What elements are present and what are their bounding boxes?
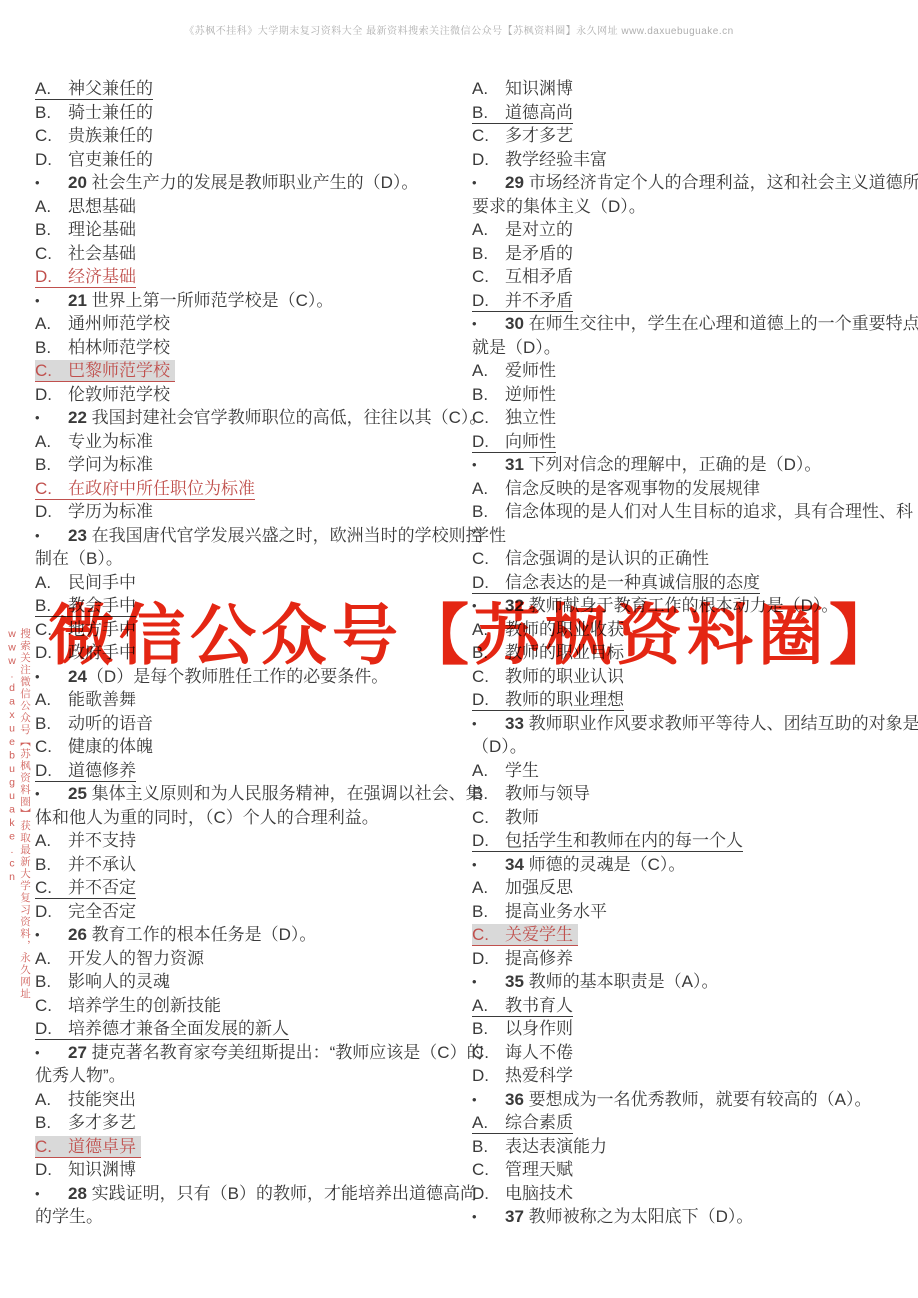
answer-text: C.互相矛盾: [472, 266, 573, 287]
option-line: B.骑士兼任的: [35, 101, 459, 125]
option-letter: B.: [472, 501, 505, 522]
option-text: 社会基础: [68, 244, 136, 263]
option-letter: B.: [35, 337, 68, 358]
continuation-text: 的学生。: [35, 1207, 103, 1226]
option-letter: D.: [472, 149, 505, 170]
marked-answer-text: D.并不矛盾: [472, 290, 573, 312]
option-letter: D.: [35, 266, 68, 287]
option-letter: C.: [472, 807, 505, 828]
option-letter: C.: [35, 125, 68, 146]
option-line: D.向师性: [472, 430, 906, 454]
option-letter: D.: [35, 1018, 68, 1039]
option-line: C.培养学生的创新技能: [35, 994, 459, 1018]
option-line: C.巴黎师范学校: [35, 359, 459, 383]
answer-text: C.独立性: [472, 407, 556, 428]
answer-text: •26 教育工作的根本任务是（D）。: [35, 924, 316, 945]
option-text: 是矛盾的: [505, 244, 573, 263]
bullet-icon: •: [472, 1206, 505, 1227]
option-letter: D.: [35, 642, 68, 663]
option-letter: B.: [472, 384, 505, 405]
option-line: B.柏林师范学校: [35, 336, 459, 360]
option-line: C.诲人不倦: [472, 1041, 906, 1065]
option-line: B.学问为标准: [35, 453, 459, 477]
option-text: 诲人不倦: [505, 1043, 573, 1062]
bullet-icon: •: [472, 595, 505, 616]
continuation-text: 体和他人为重的同时，（C）个人的合理利益。: [35, 808, 379, 827]
question-number: 23: [68, 526, 87, 545]
option-line: A.神父兼任的: [35, 77, 459, 101]
question-text: 25 集体主义原则和为人民服务精神，在强调以社会、集: [68, 784, 483, 803]
answer-text: •32 教师献身于教育工作的根本动力是（D）。: [472, 595, 838, 616]
answer-text: D.提高修养: [472, 948, 573, 969]
option-text: 贵族兼任的: [68, 126, 153, 145]
option-line: B.动听的语音: [35, 712, 459, 736]
option-letter: B.: [472, 1018, 505, 1039]
option-line: A.加强反思: [472, 876, 906, 900]
option-letter: D.: [35, 384, 68, 405]
answer-text: C.社会基础: [35, 243, 136, 264]
document-page: { "colors": { "ink": "#3a3a3a", "answer_…: [0, 0, 918, 1298]
option-line: C.多才多艺: [472, 124, 906, 148]
option-text: 健康的体魄: [68, 737, 153, 756]
answer-text: •21 世界上第一所师范学校是（C）。: [35, 290, 333, 311]
answer-text: A.信念反映的是客观事物的发展规律: [472, 478, 760, 499]
option-line: B.信念体现的是人们对人生目标的追求，具有合理性、科: [472, 500, 906, 524]
answer-text: 优秀人物”。: [35, 1065, 126, 1086]
answer-text: A.学生: [472, 760, 539, 781]
option-line: C.管理天赋: [472, 1158, 906, 1182]
option-line: A.知识渊博: [472, 77, 906, 101]
option-letter: A.: [35, 948, 68, 969]
option-text: 教师的职业收获: [505, 620, 624, 639]
option-letter: A.: [35, 830, 68, 851]
marked-answer-text: B.教会手中: [35, 595, 136, 617]
option-line: A.教书育人: [472, 994, 906, 1018]
option-letter: C.: [35, 877, 68, 898]
option-line: B.理论基础: [35, 218, 459, 242]
answer-text: A.技能突出: [35, 1089, 136, 1110]
question-number: 24: [68, 667, 87, 686]
option-line: D.并不矛盾: [472, 289, 906, 313]
continuation-text: （D）。: [472, 737, 527, 756]
option-letter: A.: [35, 196, 68, 217]
option-line: D.完全否定: [35, 900, 459, 924]
bullet-icon: •: [35, 924, 68, 945]
option-line: D.知识渊博: [35, 1158, 459, 1182]
answer-text: •22 我国封建社会官学教师职位的高低，往往以其（C）。: [35, 407, 486, 428]
option-text: 加强反思: [505, 878, 573, 897]
answer-text: A.思想基础: [35, 196, 136, 217]
option-line: C.教师的职业认识: [472, 665, 906, 689]
answer-text: D.知识渊博: [35, 1159, 136, 1180]
option-letter: A.: [472, 619, 505, 640]
question-text: 21 世界上第一所师范学校是（C）。: [68, 291, 333, 310]
question-number: 31: [505, 455, 524, 474]
option-text: 柏林师范学校: [68, 338, 170, 357]
option-letter: D.: [472, 290, 505, 311]
option-line: D.电脑技术: [472, 1182, 906, 1206]
bullet-icon: •: [35, 1183, 68, 1204]
bullet-icon: •: [472, 854, 505, 875]
answer-text: B.柏林师范学校: [35, 337, 170, 358]
option-letter: A.: [35, 1089, 68, 1110]
option-line: D.伦敦师范学校: [35, 383, 459, 407]
option-text: 政府手中: [68, 643, 136, 662]
option-text: 独立性: [505, 408, 556, 427]
option-letter: B.: [35, 102, 68, 123]
bullet-icon: •: [472, 313, 505, 334]
bullet-icon: •: [35, 172, 68, 193]
question-number: 36: [505, 1090, 524, 1109]
bullet-icon: •: [472, 1089, 505, 1110]
answer-text: •31 下列对信念的理解中，正确的是（D）。: [472, 454, 821, 475]
bullet-icon: •: [35, 407, 68, 428]
answer-text: •23 在我国唐代官学发展兴盛之时，欧洲当时的学校则控: [35, 525, 483, 546]
answer-text: 制在（B）。: [35, 548, 123, 569]
bullet-icon: •: [35, 666, 68, 687]
answer-text: •20 社会生产力的发展是教师职业产生的（D）。: [35, 172, 418, 193]
option-text: 知识渊博: [505, 79, 573, 98]
option-text: 学问为标准: [68, 455, 153, 474]
option-line: B.道德高尚: [472, 101, 906, 125]
question-text: 36 要想成为一名优秀教师，就要有较高的（A）。: [505, 1090, 871, 1109]
answer-text: （D）。: [472, 736, 527, 757]
answer-text: B.信念体现的是人们对人生目标的追求，具有合理性、科: [472, 501, 913, 522]
question-text: 33 教师职业作风要求教师平等待人、团结互助的对象是: [505, 714, 918, 733]
question-line: •28 实践证明，只有（B）的教师，才能培养出道德高尚: [35, 1182, 459, 1206]
marked-answer-text: B.道德高尚: [472, 102, 573, 124]
question-line: •30 在师生交往中，学生在心理和道德上的一个重要特点，: [472, 312, 906, 336]
option-text: 逆师性: [505, 385, 556, 404]
question-text: 37 教师被称之为太阳底下（D）。: [505, 1207, 753, 1226]
option-line: D.热爱科学: [472, 1064, 906, 1088]
option-letter: C.: [472, 407, 505, 428]
option-line: B.影响人的灵魂: [35, 970, 459, 994]
option-line: B.教师的职业目标: [472, 641, 906, 665]
answer-text: A.通州师范学校: [35, 313, 170, 334]
marked-answer-text: C.在政府中所任职位为标准: [35, 478, 255, 500]
option-letter: B.: [472, 642, 505, 663]
option-text: 培养德才兼备全面发展的新人: [68, 1019, 289, 1038]
continuation-line: （D）。: [472, 735, 906, 759]
question-line: •27 捷克著名教育家夸美纽斯提出：“教师应该是（C）的: [35, 1041, 459, 1065]
option-line: A.能歌善舞: [35, 688, 459, 712]
answer-text: •36 要想成为一名优秀教师，就要有较高的（A）。: [472, 1089, 871, 1110]
option-text: 热爱科学: [505, 1066, 573, 1085]
marked-answer-text: D.经济基础: [35, 266, 136, 288]
answer-text: 学性: [472, 525, 506, 546]
option-letter: D.: [35, 1159, 68, 1180]
answer-text: 的学生。: [35, 1206, 103, 1227]
answer-text: •37 教师被称之为太阳底下（D）。: [472, 1206, 753, 1227]
watermark-side-text: 搜索关注微信公众号【苏枫资料圈】获取最新大学复习资料，永久网址www.daxue…: [6, 628, 33, 1098]
question-number: 34: [505, 855, 524, 874]
answer-text: 就是（D）。: [472, 337, 561, 358]
question-text: 23 在我国唐代官学发展兴盛之时，欧洲当时的学校则控: [68, 526, 483, 545]
option-text: 技能突出: [68, 1090, 136, 1109]
answer-text: A.并不支持: [35, 830, 136, 851]
marked-answer-text: C.并不否定: [35, 877, 136, 899]
option-text: 伦敦师范学校: [68, 385, 170, 404]
option-text: 包括学生和教师在内的每一个人: [505, 831, 743, 850]
continuation-text: 优秀人物”。: [35, 1066, 126, 1085]
option-line: B.教师与领导: [472, 782, 906, 806]
question-number: 22: [68, 408, 87, 427]
option-letter: B.: [35, 595, 68, 616]
option-line: C.教师: [472, 806, 906, 830]
question-text: 22 我国封建社会官学教师职位的高低，往往以其（C）。: [68, 408, 486, 427]
answer-text: C.诲人不倦: [472, 1042, 573, 1063]
option-text: 信念反映的是客观事物的发展规律: [505, 479, 760, 498]
question-text: 28 实践证明，只有（B）的教师，才能培养出道德高尚: [68, 1184, 477, 1203]
option-line: D.学历为标准: [35, 500, 459, 524]
option-letter: A.: [35, 689, 68, 710]
option-text: 表达表演能力: [505, 1137, 607, 1156]
option-text: 关爱学生: [505, 925, 573, 944]
option-line: C.道德卓异: [35, 1135, 459, 1159]
option-text: 地方手中: [68, 620, 136, 639]
option-letter: B.: [472, 1136, 505, 1157]
answer-text: •34 师德的灵魂是（C）。: [472, 854, 685, 875]
option-line: A.学生: [472, 759, 906, 783]
option-line: B.提高业务水平: [472, 900, 906, 924]
answer-text: B.逆师性: [472, 384, 556, 405]
option-text: 互相矛盾: [505, 267, 573, 286]
question-text: 32 教师献身于教育工作的根本动力是（D）。: [505, 596, 838, 615]
option-line: B.表达表演能力: [472, 1135, 906, 1159]
continuation-line: 优秀人物”。: [35, 1064, 459, 1088]
option-text: 爱师性: [505, 361, 556, 380]
option-line: C.贵族兼任的: [35, 124, 459, 148]
bullet-icon: •: [35, 525, 68, 546]
option-line: A.专业为标准: [35, 430, 459, 454]
marked-answer-text: D.培养德才兼备全面发展的新人: [35, 1018, 289, 1040]
option-text: 思想基础: [68, 197, 136, 216]
option-letter: B.: [472, 901, 505, 922]
answer-text: •28 实践证明，只有（B）的教师，才能培养出道德高尚: [35, 1183, 477, 1204]
option-letter: A.: [472, 877, 505, 898]
marked-answer-text: A.教书育人: [472, 995, 573, 1017]
answer-text: 要求的集体主义（D）。: [472, 196, 646, 217]
marked-answer-text: C.关爱学生: [472, 924, 578, 946]
continuation-line: 体和他人为重的同时，（C）个人的合理利益。: [35, 806, 459, 830]
option-letter: A.: [472, 760, 505, 781]
marked-answer-text: C.巴黎师范学校: [35, 360, 175, 382]
bullet-icon: •: [35, 783, 68, 804]
answer-text: A.是对立的: [472, 219, 573, 240]
answer-text: A.教师的职业收获: [472, 619, 624, 640]
questions-column-left: A.神父兼任的B.骑士兼任的C.贵族兼任的D.官吏兼任的•20 社会生产力的发展…: [35, 77, 459, 1229]
question-text: 24（D）是每个教师胜任工作的必要条件。: [68, 667, 388, 686]
question-text: 35 教师的基本职责是（A）。: [505, 972, 718, 991]
option-text: 多才多艺: [505, 126, 573, 145]
answer-text: C.贵族兼任的: [35, 125, 153, 146]
question-line: •29 市场经济肯定个人的合理利益，这和社会主义道德所: [472, 171, 906, 195]
question-number: 25: [68, 784, 87, 803]
answer-text: C.多才多艺: [472, 125, 573, 146]
bullet-icon: •: [472, 454, 505, 475]
question-text: 26 教育工作的根本任务是（D）。: [68, 925, 316, 944]
continuation-line: 就是（D）。: [472, 336, 906, 360]
answer-text: C.培养学生的创新技能: [35, 995, 221, 1016]
option-letter: C.: [472, 125, 505, 146]
option-line: A.并不支持: [35, 829, 459, 853]
option-text: 通州师范学校: [68, 314, 170, 333]
option-line: D.经济基础: [35, 265, 459, 289]
answer-text: •24（D）是每个教师胜任工作的必要条件。: [35, 666, 388, 687]
option-text: 教师的职业认识: [505, 667, 624, 686]
option-line: B.多才多艺: [35, 1111, 459, 1135]
answer-text: A.专业为标准: [35, 431, 153, 452]
continuation-text: 要求的集体主义（D）。: [472, 197, 646, 216]
option-text: 巴黎师范学校: [68, 361, 170, 380]
option-letter: A.: [472, 1112, 505, 1133]
option-letter: D.: [472, 948, 505, 969]
option-text: 多才多艺: [68, 1113, 136, 1132]
option-line: C.在政府中所任职位为标准: [35, 477, 459, 501]
question-text: 30 在师生交往中，学生在心理和道德上的一个重要特点，: [505, 314, 918, 333]
option-line: A.综合素质: [472, 1111, 906, 1135]
option-text: 影响人的灵魂: [68, 972, 170, 991]
option-text: 道德卓异: [68, 1137, 136, 1156]
question-line: •32 教师献身于教育工作的根本动力是（D）。: [472, 594, 906, 618]
option-text: 开发人的智力资源: [68, 949, 204, 968]
option-line: A.开发人的智力资源: [35, 947, 459, 971]
continuation-text: 就是（D）。: [472, 338, 561, 357]
option-letter: A.: [472, 478, 505, 499]
answer-text: D.热爱科学: [472, 1065, 573, 1086]
option-text: 信念表达的是一种真诚信服的态度: [505, 573, 760, 592]
answer-text: 体和他人为重的同时，（C）个人的合理利益。: [35, 807, 379, 828]
option-text: 能歌善舞: [68, 690, 136, 709]
option-text: 经济基础: [68, 267, 136, 286]
option-letter: D.: [35, 501, 68, 522]
page-header-text: 《苏枫不挂科》大学期末复习资料大全 最新资料搜索关注微信公众号【苏枫资料圈】永久…: [0, 22, 918, 37]
option-text: 教师与领导: [505, 784, 590, 803]
answer-text: D.官吏兼任的: [35, 149, 153, 170]
question-line: •33 教师职业作风要求教师平等待人、团结互助的对象是: [472, 712, 906, 736]
option-text: 教师: [505, 808, 539, 827]
answer-text: B.表达表演能力: [472, 1136, 607, 1157]
bullet-icon: •: [472, 971, 505, 992]
question-line: •22 我国封建社会官学教师职位的高低，往往以其（C）。: [35, 406, 459, 430]
answer-text: B.影响人的灵魂: [35, 971, 170, 992]
answer-text: A.能歌善舞: [35, 689, 136, 710]
answer-text: B.以身作则: [472, 1018, 573, 1039]
option-letter: D.: [35, 901, 68, 922]
option-text: 教会手中: [68, 596, 136, 615]
continuation-line: 要求的集体主义（D）。: [472, 195, 906, 219]
answer-text: C.信念强调的是认识的正确性: [472, 548, 709, 569]
bullet-icon: •: [472, 172, 505, 193]
marked-answer-text: D.向师性: [472, 431, 556, 453]
question-number: 37: [505, 1207, 524, 1226]
answer-text: B.学问为标准: [35, 454, 153, 475]
option-text: 并不矛盾: [505, 291, 573, 310]
option-letter: B.: [472, 102, 505, 123]
answer-text: D.政府手中: [35, 642, 136, 663]
answer-text: A.开发人的智力资源: [35, 948, 204, 969]
option-letter: C.: [472, 548, 505, 569]
option-letter: D.: [472, 572, 505, 593]
answer-text: •29 市场经济肯定个人的合理利益，这和社会主义道德所: [472, 172, 918, 193]
option-line: A.通州师范学校: [35, 312, 459, 336]
option-line: B.是矛盾的: [472, 242, 906, 266]
question-text: 29 市场经济肯定个人的合理利益，这和社会主义道德所: [505, 173, 918, 192]
option-text: 并不支持: [68, 831, 136, 850]
answer-text: D.伦敦师范学校: [35, 384, 170, 405]
option-letter: B.: [472, 243, 505, 264]
marked-answer-text: D.信念表达的是一种真诚信服的态度: [472, 572, 760, 594]
option-line: C.互相矛盾: [472, 265, 906, 289]
question-text: 20 社会生产力的发展是教师职业产生的（D）。: [68, 173, 418, 192]
option-line: D.道德修养: [35, 759, 459, 783]
answer-text: •35 教师的基本职责是（A）。: [472, 971, 718, 992]
option-text: 学历为标准: [68, 502, 153, 521]
option-line: C.独立性: [472, 406, 906, 430]
option-letter: D.: [472, 1183, 505, 1204]
option-letter: A.: [35, 313, 68, 334]
option-line: D.包括学生和教师在内的每一个人: [472, 829, 906, 853]
question-number: 32: [505, 596, 524, 615]
option-line: D.教师的职业理想: [472, 688, 906, 712]
option-letter: C.: [35, 736, 68, 757]
question-line: •21 世界上第一所师范学校是（C）。: [35, 289, 459, 313]
option-letter: B.: [35, 971, 68, 992]
option-letter: A.: [35, 431, 68, 452]
question-line: •23 在我国唐代官学发展兴盛之时，欧洲当时的学校则控: [35, 524, 459, 548]
question-number: 29: [505, 173, 524, 192]
bullet-icon: •: [35, 1042, 68, 1063]
answer-text: D.电脑技术: [472, 1183, 573, 1204]
continuation-text: 制在（B）。: [35, 549, 123, 568]
option-letter: C.: [472, 1042, 505, 1063]
option-text: 骑士兼任的: [68, 103, 153, 122]
option-letter: B.: [35, 713, 68, 734]
option-letter: A.: [35, 78, 68, 99]
continuation-line: 的学生。: [35, 1205, 459, 1229]
question-number: 21: [68, 291, 87, 310]
option-text: 理论基础: [68, 220, 136, 239]
option-text: 完全否定: [68, 902, 136, 921]
answer-text: •30 在师生交往中，学生在心理和道德上的一个重要特点，: [472, 313, 918, 334]
question-number: 26: [68, 925, 87, 944]
option-line: B.以身作则: [472, 1017, 906, 1041]
marked-answer-text: A.综合素质: [472, 1112, 573, 1134]
option-letter: C.: [35, 995, 68, 1016]
option-letter: D.: [35, 760, 68, 781]
question-line: •24（D）是每个教师胜任工作的必要条件。: [35, 665, 459, 689]
question-number: 33: [505, 714, 524, 733]
answer-text: A.爱师性: [472, 360, 556, 381]
option-letter: D.: [472, 689, 505, 710]
answer-text: D.学历为标准: [35, 501, 153, 522]
option-letter: A.: [472, 360, 505, 381]
option-letter: D.: [472, 1065, 505, 1086]
answer-text: C.健康的体魄: [35, 736, 153, 757]
answer-text: •33 教师职业作风要求教师平等待人、团结互助的对象是: [472, 713, 918, 734]
option-text: 是对立的: [505, 220, 573, 239]
option-text: 神父兼任的: [68, 79, 153, 98]
option-letter: D.: [472, 431, 505, 452]
answer-text: B.教师的职业目标: [472, 642, 624, 663]
option-line: A.民间手中: [35, 571, 459, 595]
option-line: A.信念反映的是客观事物的发展规律: [472, 477, 906, 501]
option-letter: C.: [472, 924, 505, 945]
option-line: C.信念强调的是认识的正确性: [472, 547, 906, 571]
question-number: 27: [68, 1043, 87, 1062]
question-text: 27 捷克著名教育家夸美纽斯提出：“教师应该是（C）的: [68, 1043, 484, 1062]
